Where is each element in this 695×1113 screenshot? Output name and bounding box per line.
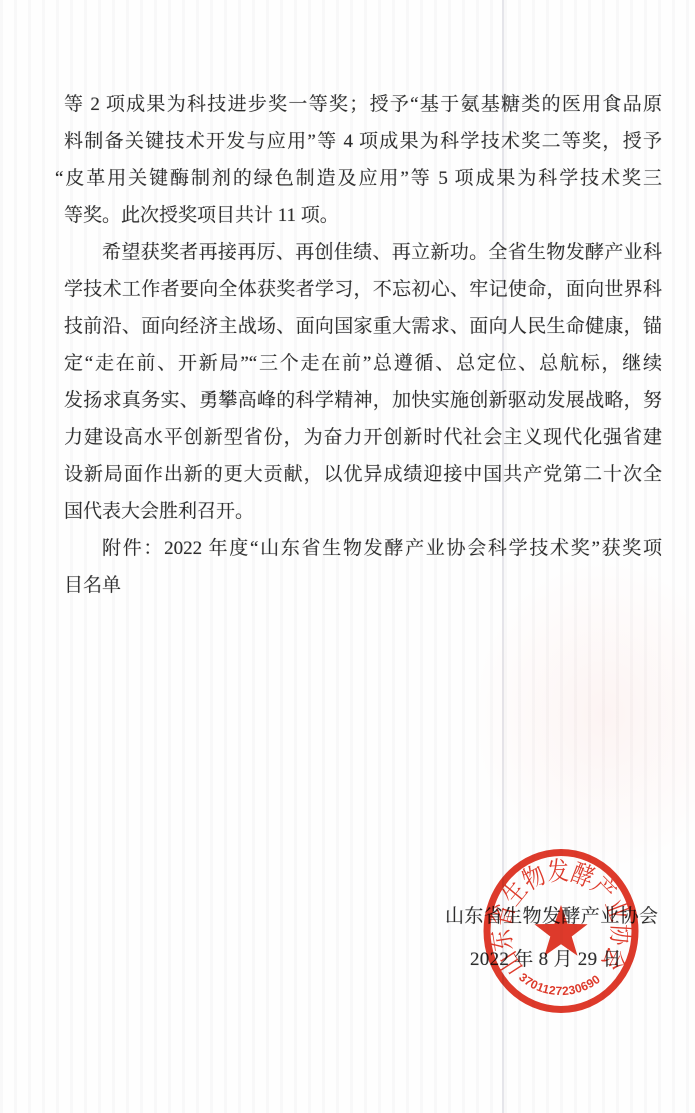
svg-text:3701127230690: 3701127230690 xyxy=(516,970,603,998)
body-line: 等奖。此次授奖项目共计 11 项。 xyxy=(64,197,662,234)
body-line: 技前沿、面向经济主战场、面向国家重大需求、面向人民生命健康，锚 xyxy=(64,308,662,345)
document-body: 等 2 项成果为科技进步奖一等奖；授予“基于氨基糖类的医用食品原 料制备关键技术… xyxy=(64,86,662,604)
body-line: 等 2 项成果为科技进步奖一等奖；授予“基于氨基糖类的医用食品原 xyxy=(64,86,662,123)
body-line: 料制备关键技术开发与应用”等 4 项成果为科学技术奖二等奖，授予 xyxy=(64,123,662,160)
body-line: “皮革用关键酶制剂的绿色制造及应用”等 5 项成果为科学技术奖三 xyxy=(55,160,662,197)
scanned-document-page: 等 2 项成果为科技进步奖一等奖；授予“基于氨基糖类的医用食品原 料制备关键技术… xyxy=(0,0,695,1113)
body-line: 希望获奖者再接再厉、再创佳绩、再立新功。全省生物发酵产业科 xyxy=(64,234,662,271)
seal-ring xyxy=(487,853,635,1010)
body-line: 力建设高水平创新型省份，为奋力开创新时代社会主义现代化强省建 xyxy=(64,419,662,456)
body-line: 发扬求真务实、勇攀高峰的科学精神，加快实施创新驱动发展战略，努 xyxy=(64,382,662,419)
signature-date: 2022 年 8 月 29 日 xyxy=(470,944,622,971)
body-line: 设新局面作出新的更大贡献，以优异成绩迎接中国共产党第二十次全 xyxy=(64,456,662,493)
body-line: 学技术工作者要向全体获奖者学习，不忘初心、牢记使命，面向世界科 xyxy=(64,271,662,308)
body-line: 国代表大会胜利召开。 xyxy=(64,493,662,530)
attachment-line: 目名单 xyxy=(64,567,662,604)
attachment-line: 附件：2022 年度“山东省生物发酵产业协会科学技术奖”获奖项 xyxy=(64,530,662,567)
body-line: 定“走在前、开新局”“三个走在前”总遵循、总定位、总航标，继续 xyxy=(64,345,662,382)
seal-code: 3701127230690 xyxy=(516,970,603,998)
signature-organization: 山东省生物发酵产业协会 xyxy=(445,901,658,928)
